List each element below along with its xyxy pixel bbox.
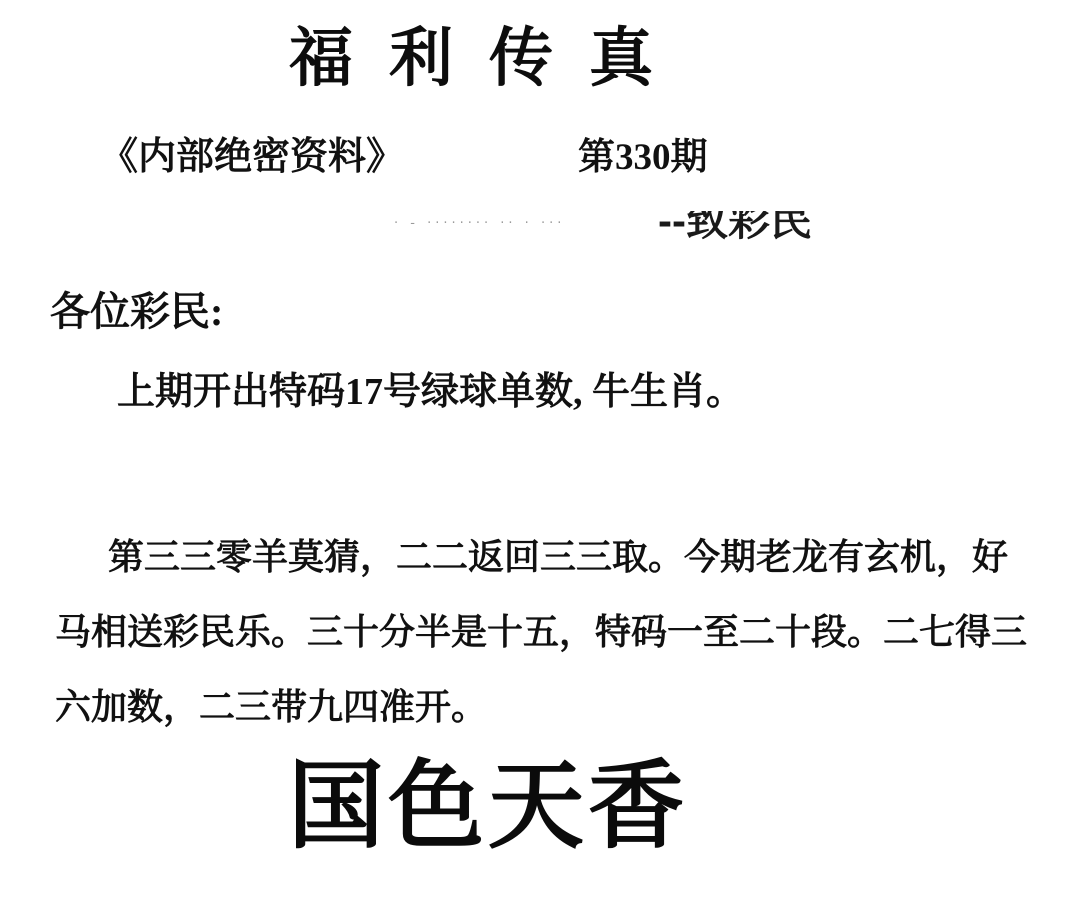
classification-label: 《内部绝密资料》: [100, 133, 404, 181]
tip-verse: 第三三零羊莫猜，二二返回三三取。今期老龙有玄机，好 马相送彩民乐。三十分半是十五…: [55, 520, 1040, 745]
tip-verse-line: 马相送彩民乐。三十分半是十五，特码一至二十段。二七得三: [55, 595, 1040, 670]
tip-verse-line: 六加数，二三带九四准开。: [55, 670, 1040, 745]
salutation: 各位彩民:: [50, 288, 223, 336]
tip-verse-line: 第三三零羊莫猜，二二返回三三取。今期老龙有玄机，好: [55, 520, 1040, 595]
signature-text: --致彩民: [658, 211, 812, 245]
footer-phrase: 国色天香: [288, 752, 688, 862]
last-draw-result: 上期开出特码17号绿球单数, 牛生肖。: [117, 368, 744, 416]
masthead-title: 福利传真: [289, 18, 689, 98]
issue-number: 第330期: [578, 135, 708, 181]
faded-text-remnant: · ‐ ········ ·· · ···: [394, 216, 624, 231]
signature-clipped: --致彩民: [658, 211, 812, 247]
fax-document-page: 福利传真 《内部绝密资料》 第330期 · ‐ ········ ·· · ··…: [0, 0, 1080, 901]
